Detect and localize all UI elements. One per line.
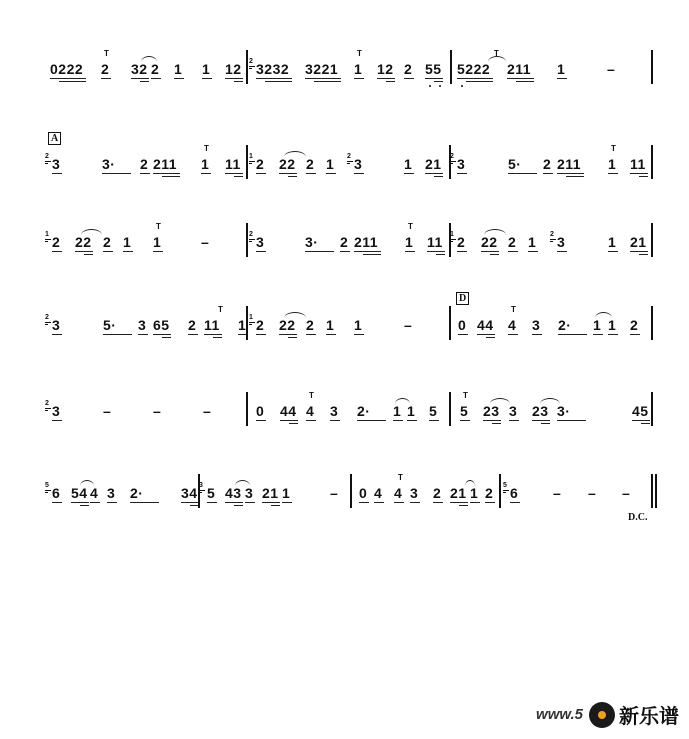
grace-note: 2 [249, 231, 255, 243]
beam-line [404, 173, 414, 174]
note: 1 [528, 235, 536, 249]
beam-line [52, 420, 62, 421]
note: 21 [425, 157, 442, 171]
slur-tie [540, 398, 560, 404]
bar-line [246, 392, 248, 426]
vinyl-record-icon [589, 702, 615, 728]
beam-line-double [566, 176, 584, 177]
bar-line [449, 145, 451, 179]
beam-line [181, 502, 199, 503]
beam-line-double [265, 81, 292, 82]
note: 2 [256, 318, 264, 332]
note: 55 [425, 62, 442, 76]
beam-line [225, 78, 243, 79]
bar-line [350, 474, 352, 508]
slur-tie [490, 398, 510, 404]
slur-tie [235, 480, 250, 486]
sustain-dash: – [622, 486, 630, 500]
beam-line [485, 502, 495, 503]
note: 2 [543, 157, 551, 171]
low-octave-dot [439, 85, 441, 87]
beam-line [557, 173, 584, 174]
beam-line-double [486, 337, 495, 338]
beam-line [608, 251, 618, 252]
watermark-site-name: 新乐谱 [619, 700, 679, 729]
slur-tie [284, 151, 306, 157]
note: 1 [405, 235, 413, 249]
beam-line [153, 173, 180, 174]
beam-line-double [84, 254, 93, 255]
beam-line [470, 502, 480, 503]
grace-note: 1 [249, 153, 255, 165]
beam-line-double [80, 505, 89, 506]
sustain-dash: – [553, 486, 561, 500]
slur-tie [488, 56, 506, 62]
grace-note: 5 [45, 482, 51, 494]
bar-line [651, 50, 653, 84]
note: 11 [225, 157, 241, 171]
beam-line-double [466, 81, 493, 82]
note: 2 [101, 62, 109, 76]
note: 3 [410, 486, 418, 500]
beam-line [131, 78, 149, 79]
beam-line [429, 420, 439, 421]
note: 6 [510, 486, 518, 500]
slur-tie [81, 229, 102, 235]
beam-line [507, 78, 534, 79]
beam-line-double [434, 176, 443, 177]
beam-line [532, 334, 542, 335]
beam-line [279, 173, 297, 174]
beam-line-double [288, 337, 297, 338]
note: 21 [262, 486, 279, 500]
trill-mark: T [511, 306, 516, 314]
note: 2 [340, 235, 348, 249]
beam-line [103, 251, 113, 252]
beam-line [508, 334, 518, 335]
note: 5· [103, 318, 116, 332]
beam-line [225, 502, 243, 503]
grace-note: 2 [45, 400, 51, 412]
note: 2 [630, 318, 638, 332]
beam-line-double [490, 254, 499, 255]
beam-line [557, 251, 567, 252]
beam-line [50, 78, 86, 79]
beam-line-double [516, 81, 534, 82]
bar-line [449, 223, 451, 257]
note: 11 [630, 157, 646, 171]
beam-line [102, 173, 131, 174]
slur-tie [465, 480, 475, 486]
bar-line [499, 474, 501, 508]
beam-line [52, 502, 62, 503]
note: 3 [52, 318, 60, 332]
sustain-dash: – [153, 404, 161, 418]
note: 5 [207, 486, 215, 500]
beam-line [425, 173, 443, 174]
beam-line-double [434, 81, 443, 82]
note: 11 [204, 318, 220, 332]
beam-line [630, 173, 648, 174]
note: 2· [130, 486, 143, 500]
final-double-bar [651, 474, 657, 508]
beam-line [427, 251, 445, 252]
beam-line [407, 420, 417, 421]
note: 12 [225, 62, 242, 76]
beam-line [201, 173, 211, 174]
beam-line [394, 502, 404, 503]
beam-line [71, 502, 89, 503]
note: 2 [485, 486, 493, 500]
trill-mark: T [463, 392, 468, 400]
note: 6 [52, 486, 60, 500]
note: 1 [593, 318, 601, 332]
beam-line-double [639, 176, 648, 177]
note: 211 [153, 157, 177, 171]
note: 3 [457, 157, 465, 171]
bar-line [246, 223, 248, 257]
beam-line [433, 502, 443, 503]
beam-line [262, 502, 280, 503]
beam-line [52, 334, 62, 335]
beam-line [558, 334, 587, 335]
slur-tie [595, 312, 612, 318]
note: 23 [532, 404, 549, 418]
note: 2 [151, 62, 159, 76]
note: 1 [174, 62, 182, 76]
note: 2 [433, 486, 441, 500]
grace-note: 2 [550, 231, 556, 243]
beam-line [410, 502, 420, 503]
beam-line [460, 420, 470, 421]
beam-line [306, 420, 316, 421]
note: 1 [557, 62, 565, 76]
beam-line-double [492, 423, 501, 424]
beam-line [543, 173, 553, 174]
bar-line [246, 50, 248, 84]
note: 0222 [50, 62, 83, 76]
beam-line-double [289, 423, 298, 424]
beam-line [557, 420, 586, 421]
beam-line [483, 420, 501, 421]
beam-line [630, 334, 640, 335]
note: 3 [138, 318, 146, 332]
slur-tie [284, 312, 306, 318]
bar-line [246, 306, 248, 340]
note: 11 [427, 235, 443, 249]
note: 2 [140, 157, 148, 171]
beam-line [174, 78, 184, 79]
beam-line [306, 334, 316, 335]
watermark-url: www.5 [536, 706, 583, 723]
beam-line [405, 251, 415, 252]
bar-line [198, 474, 200, 508]
beam-line [75, 251, 93, 252]
slur-tie [141, 56, 157, 62]
sustain-dash: – [404, 318, 412, 332]
beam-line [508, 173, 537, 174]
note: 3 [256, 235, 264, 249]
note: 3 [52, 404, 60, 418]
note: 211 [557, 157, 581, 171]
trill-mark: T [104, 50, 109, 58]
beam-line-double [639, 254, 648, 255]
beam-line [457, 251, 467, 252]
trill-mark: T [408, 223, 413, 231]
beam-line [305, 251, 334, 252]
trill-mark: T [218, 306, 223, 314]
trill-mark: T [398, 474, 403, 482]
note: 1 [393, 404, 401, 418]
note: 1 [608, 318, 616, 332]
note: 54 [71, 486, 88, 500]
note: 34 [181, 486, 198, 500]
sustain-dash: – [201, 235, 209, 249]
note: 2· [558, 318, 571, 332]
note: 2 [256, 157, 264, 171]
beam-line [557, 78, 567, 79]
note: 4 [374, 486, 382, 500]
bar-line [449, 392, 451, 426]
beam-line [326, 334, 336, 335]
bar-line [651, 223, 653, 257]
note: 21 [450, 486, 467, 500]
beam-line [340, 251, 350, 252]
note: 3 [509, 404, 517, 418]
beam-line [52, 173, 62, 174]
note: 1 [354, 62, 362, 76]
da-capo-marking: D.C. [628, 512, 647, 523]
slur-tie [395, 398, 410, 404]
note: 1 [608, 235, 616, 249]
note: 44 [477, 318, 494, 332]
note: 211 [507, 62, 531, 76]
beam-line [509, 420, 519, 421]
note: 1 [202, 62, 210, 76]
beam-line [256, 334, 266, 335]
rehearsal-mark-d: D [456, 292, 469, 305]
note: 22 [279, 318, 296, 332]
bar-line [449, 306, 451, 340]
beam-line-double [59, 81, 86, 82]
note: 1 [407, 404, 415, 418]
bar-line [651, 145, 653, 179]
note: 3 [52, 157, 60, 171]
beam-line [377, 78, 395, 79]
beam-line [130, 502, 159, 503]
trill-mark: T [309, 392, 314, 400]
beam-line [354, 251, 381, 252]
beam-line [330, 420, 340, 421]
grace-note: 5 [503, 482, 509, 494]
grace-note: 1 [249, 314, 255, 326]
beam-line [280, 420, 298, 421]
beam-line-double [459, 505, 468, 506]
beam-line-double [162, 337, 171, 338]
beam-line [204, 334, 222, 335]
beam-line [632, 420, 650, 421]
note: 1 [608, 157, 616, 171]
note: 2 [103, 235, 111, 249]
note: 1 [404, 157, 412, 171]
note: 0 [359, 486, 367, 500]
slur-tie [80, 480, 94, 486]
beam-line [532, 420, 550, 421]
note: 3· [102, 157, 115, 171]
sustain-dash: – [607, 62, 615, 76]
sustain-dash: – [203, 404, 211, 418]
beam-line-double [213, 337, 222, 338]
slur-tie [484, 229, 506, 235]
sustain-dash: – [330, 486, 338, 500]
note: 3 [107, 486, 115, 500]
beam-line [153, 334, 171, 335]
note: 3232 [256, 62, 289, 76]
beam-line [202, 78, 212, 79]
beam-line [153, 251, 163, 252]
grace-note: 2 [45, 314, 51, 326]
beam-line [279, 334, 297, 335]
beam-line [425, 78, 443, 79]
beam-line [256, 251, 266, 252]
note: 1 [123, 235, 131, 249]
beam-line [359, 502, 369, 503]
beam-line [357, 420, 386, 421]
note: 1 [282, 486, 290, 500]
beam-line-double [436, 254, 445, 255]
beam-line [245, 502, 255, 503]
low-octave-dot [429, 85, 431, 87]
note: 2 [188, 318, 196, 332]
beam-line [593, 334, 603, 335]
grace-note: 2 [45, 153, 51, 165]
trill-mark: T [156, 223, 161, 231]
beam-line [138, 334, 148, 335]
beam-line [510, 502, 520, 503]
note: 12 [377, 62, 394, 76]
beam-line [354, 173, 364, 174]
beam-line [140, 173, 150, 174]
beam-line-double [162, 176, 180, 177]
note: 1 [354, 318, 362, 332]
note: 23 [483, 404, 500, 418]
beam-line [188, 334, 198, 335]
beam-line [326, 173, 336, 174]
trill-mark: T [611, 145, 616, 153]
grace-note: 1 [45, 231, 51, 243]
beam-line [508, 251, 518, 252]
beam-line [630, 251, 648, 252]
note: 1 [326, 157, 334, 171]
note: 32 [131, 62, 148, 76]
note: 45 [632, 404, 649, 418]
note: 2 [306, 318, 314, 332]
beam-line-double [271, 505, 280, 506]
bar-line [651, 306, 653, 340]
bar-line [450, 50, 452, 84]
note: 0 [458, 318, 466, 332]
beam-line-double [140, 81, 149, 82]
note: 211 [354, 235, 378, 249]
beam-line-double [386, 81, 395, 82]
note: 43 [225, 486, 242, 500]
sustain-dash: – [588, 486, 596, 500]
note: 4 [90, 486, 98, 500]
beam-line [458, 334, 468, 335]
note: 22 [481, 235, 498, 249]
beam-line [477, 334, 495, 335]
note: 5222 [457, 62, 490, 76]
note: 5· [508, 157, 521, 171]
note: 2 [404, 62, 412, 76]
beam-line [457, 173, 467, 174]
music-score: 02222322111223232322111225552222111–TTTA… [0, 0, 689, 739]
beam-line [481, 251, 499, 252]
trill-mark: T [357, 50, 362, 58]
beam-line [90, 502, 100, 503]
sustain-dash: – [103, 404, 111, 418]
note: 5 [429, 404, 437, 418]
note: 4 [306, 404, 314, 418]
note: 44 [280, 404, 297, 418]
grace-note: 2 [249, 58, 255, 70]
beam-line [103, 334, 132, 335]
note: 65 [153, 318, 170, 332]
beam-line-double [234, 176, 243, 177]
note: 0 [256, 404, 264, 418]
note: 4 [508, 318, 516, 332]
beam-line-double [234, 505, 243, 506]
note: 2 [52, 235, 60, 249]
grace-note: 2 [347, 153, 353, 165]
beam-line [374, 502, 384, 503]
beam-line [608, 173, 618, 174]
note: 22 [279, 157, 296, 171]
low-octave-dot [461, 85, 463, 87]
beam-line [450, 502, 468, 503]
note: 2 [457, 235, 465, 249]
beam-line [354, 334, 364, 335]
beam-line-double [314, 81, 341, 82]
beam-line [306, 173, 316, 174]
beam-line [608, 334, 618, 335]
note: 3· [557, 404, 570, 418]
beam-line [123, 251, 133, 252]
beam-line [305, 78, 341, 79]
beam-line [393, 420, 403, 421]
beam-line [528, 251, 538, 252]
note: 2 [306, 157, 314, 171]
beam-line-double [234, 81, 243, 82]
rehearsal-mark-a: A [48, 132, 61, 145]
note: 22 [75, 235, 92, 249]
note: 21 [630, 235, 647, 249]
beam-line [225, 173, 243, 174]
trill-mark: T [204, 145, 209, 153]
note: 3 [354, 157, 362, 171]
beam-line [207, 502, 217, 503]
beam-line [256, 173, 266, 174]
beam-line [52, 251, 62, 252]
note: 1 [153, 235, 161, 249]
beam-line [354, 78, 364, 79]
bar-line [246, 145, 248, 179]
beam-line [256, 78, 292, 79]
beam-line-double [541, 423, 550, 424]
note: 3221 [305, 62, 338, 76]
note: 3 [330, 404, 338, 418]
note: 3 [245, 486, 253, 500]
